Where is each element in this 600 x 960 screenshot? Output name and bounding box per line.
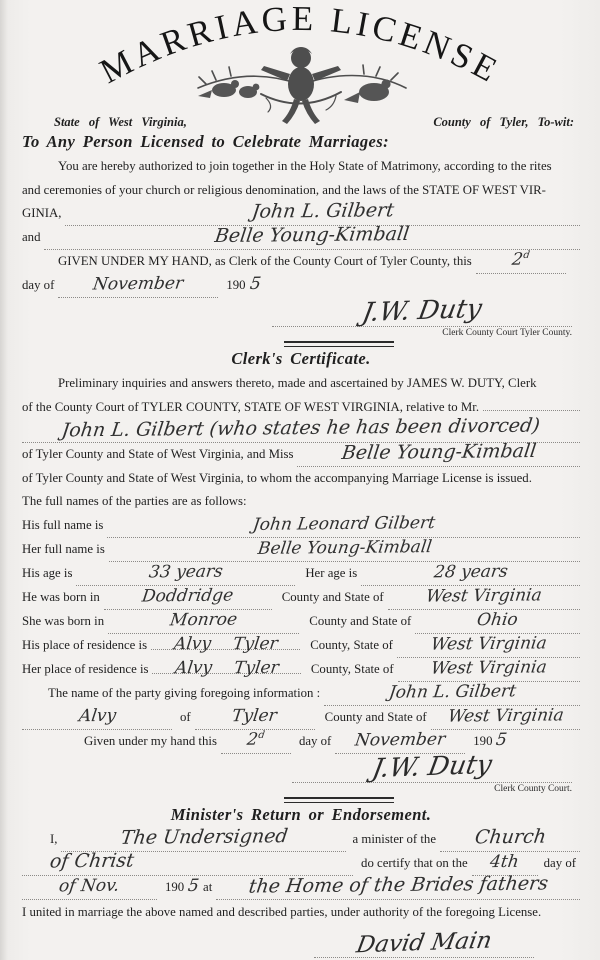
her-res-county-handwriting: Tyler — [233, 660, 280, 676]
bride-name-row: and Belle Young-Kimball — [22, 226, 580, 250]
groom-name-handwriting: John L. Gilbert — [251, 202, 395, 221]
given-under-hand-row: GIVEN UNDER MY HAND, as Clerk of the Cou… — [22, 250, 580, 274]
her-name-line: Belle Young-Kimball — [109, 538, 580, 562]
clerk-para3: of Tyler County and State of West Virgin… — [22, 443, 297, 466]
clerk-signature-2: J.W. Duty — [370, 751, 494, 781]
minister-closing-statement: I united in marriage the above named and… — [22, 900, 580, 924]
cert-place-line: the Home of the Brides fathers — [216, 876, 580, 900]
clerk-signature-block-2: J.W. Duty Clerk County Court. — [292, 754, 572, 795]
cert-month-line: of Nov. — [22, 876, 157, 900]
church-line: Church — [440, 828, 580, 852]
her-res-label: Her place of residence is — [22, 658, 152, 681]
informant-county-line: Tyler — [195, 706, 315, 730]
clerk-month-line: November — [335, 730, 465, 754]
month-handwriting: November — [92, 277, 184, 293]
clerk-month-handwriting: November — [354, 732, 446, 748]
document-header: MARRIAGE LICENSE — [22, 6, 580, 130]
informant-label: The name of the party giving foregoing i… — [48, 682, 324, 705]
his-age-line: 33 years — [76, 562, 295, 586]
and-label: and — [22, 226, 44, 249]
bride-name-handwriting: Belle Young-Kimball — [214, 226, 410, 245]
double-rule-divider — [284, 797, 394, 803]
minister-row-3: of Nov. 190 5 at the Home of the Brides … — [22, 876, 580, 900]
she-born-county-line: Monroe — [108, 610, 299, 634]
clerk-given-label: Given under my hand this — [84, 730, 221, 753]
she-born-county-handwriting: Monroe — [169, 612, 238, 628]
license-body-line2: and ceremonies of your church or religio… — [22, 179, 580, 203]
her-res-state-handwriting: West Virginia — [430, 660, 548, 677]
bride-entry-handwriting: Belle Young-Kimball — [341, 442, 537, 461]
his-res-county-handwriting: Tyler — [232, 636, 279, 652]
groom-name-row: GINIA, John L. Gilbert — [22, 202, 580, 226]
license-salutation: To Any Person Licensed to Celebrate Marr… — [22, 132, 580, 152]
his-res-label: His place of residence is — [22, 634, 151, 657]
minister-signature-block: David Main — [314, 932, 534, 958]
clerk-signature-caption: Clerk County Court Tyler County. — [272, 327, 572, 339]
at-label: at — [199, 876, 216, 899]
clerk-para5: The full names of the parties are as fol… — [22, 490, 580, 514]
he-born-county-handwriting: Doddridge — [141, 588, 234, 604]
informant-place-line: Alvy — [22, 706, 172, 730]
res-mid-label: County, State of — [300, 634, 397, 657]
groom-entry-handwriting: John L. Gilbert (who states he has been … — [61, 417, 541, 439]
minister-row-2: of Christ do certify that on the 4th day… — [22, 852, 580, 876]
she-born-row: She was born in Monroe County and State … — [22, 610, 580, 634]
bride-entry-line: Belle Young-Kimball — [297, 443, 580, 467]
he-born-row: He was born in Doddridge County and Stat… — [22, 586, 580, 610]
clerk-day-handwriting: 2d — [246, 731, 265, 748]
he-born-label: He was born in — [22, 586, 104, 609]
his-name-line: John Leonard Gilbert — [107, 514, 580, 538]
undersigned-line: The Undersigned — [61, 828, 346, 852]
clerk-para4: of Tyler County and State of West Virgin… — [22, 467, 580, 491]
he-born-state-line: West Virginia — [388, 586, 580, 610]
informant-row: The name of the party giving foregoing i… — [22, 682, 580, 706]
county-label: County of Tyler, To-wit: — [433, 115, 574, 130]
i-label: I, — [50, 828, 61, 851]
clerk-given-row: Given under my hand this 2d day of Novem… — [22, 730, 580, 754]
she-born-state-handwriting: Ohio — [476, 612, 519, 628]
her-residence-row: Her place of residence is Alvy Tyler Cou… — [22, 658, 580, 682]
clerk-para1: Preliminary inquiries and answers theret… — [22, 372, 580, 396]
her-name-handwriting: Belle Young-Kimball — [257, 540, 433, 557]
year-handwriting: 5 — [249, 277, 262, 292]
informant-mid-label: County and State of — [315, 706, 431, 729]
her-res-state-line: West Virginia — [398, 658, 580, 682]
church-handwriting-2: of Christ — [49, 852, 135, 870]
his-res-state-line: West Virginia — [397, 634, 580, 658]
his-res-line: Alvy Tyler — [151, 637, 300, 650]
double-rule-divider — [284, 341, 394, 347]
her-res-town-handwriting: Alvy — [174, 660, 213, 676]
marriage-license-document: MARRIAGE LICENSE — [0, 0, 600, 960]
day-handwriting: 2d — [511, 251, 530, 268]
cert-day-handwriting: 4th — [489, 854, 520, 870]
date-row: day of November 190 5 — [22, 274, 580, 298]
his-age-label: His age is — [22, 562, 76, 585]
cherub-figure — [261, 47, 341, 124]
informant-place-handwriting: Alvy — [78, 708, 117, 724]
minister-signature: David Main — [355, 929, 494, 957]
informant-state-handwriting: West Virginia — [447, 708, 565, 725]
clerk-signature-block: J.W. Duty Clerk County Court Tyler Count… — [272, 298, 572, 339]
church-handwriting: Church — [473, 828, 546, 846]
groom-entry-line: John L. Gilbert (who states he has been … — [22, 419, 580, 443]
groom-entry-row: John L. Gilbert (who states he has been … — [22, 419, 580, 443]
clerk-year-handwriting: 5 — [495, 732, 508, 747]
her-age-label: Her age is — [295, 562, 361, 585]
informant-county-handwriting: Tyler — [231, 708, 278, 724]
certify-label: do certify that on the — [353, 852, 472, 875]
jurisdiction-line: State of West Virginia, County of Tyler,… — [22, 115, 580, 130]
undersigned-handwriting: The Undersigned — [119, 828, 288, 847]
he-born-state-handwriting: West Virginia — [425, 588, 543, 605]
state-label: State of West Virginia, — [54, 115, 187, 130]
informant-place-row: Alvy of Tyler County and State of West V… — [22, 706, 580, 730]
cert-place-handwriting: the Home of the Brides fathers — [247, 875, 548, 895]
she-born-label: She was born in — [22, 610, 108, 633]
his-res-town-handwriting: Alvy — [173, 636, 212, 652]
clerk-certificate-heading: Clerk's Certificate. — [22, 349, 580, 369]
his-name-label: His full name is — [22, 514, 107, 537]
informant-name-line: John L. Gilbert — [324, 682, 580, 706]
his-res-state-handwriting: West Virginia — [430, 636, 548, 653]
clerk-signature: J.W. Duty — [360, 296, 484, 326]
res-mid-label: County, State of — [301, 658, 398, 681]
clerk-day-of-label: day of — [291, 730, 335, 753]
born-mid-label: County and State of — [272, 586, 388, 609]
her-age-line: 28 years — [361, 562, 580, 586]
month-line: November — [58, 274, 218, 298]
his-full-name-row: His full name is John Leonard Gilbert — [22, 514, 580, 538]
clerk-signature-caption-2: Clerk County Court. — [292, 783, 572, 795]
ages-row: His age is 33 years Her age is 28 years — [22, 562, 580, 586]
day-of-label: day of — [22, 274, 58, 297]
informant-name-handwriting: John L. Gilbert — [388, 684, 517, 701]
she-born-state-line: Ohio — [415, 610, 580, 634]
his-residence-row: His place of residence is Alvy Tyler Cou… — [22, 634, 580, 658]
year-printed: 190 — [218, 274, 249, 297]
her-full-name-row: Her full name is Belle Young-Kimball — [22, 538, 580, 562]
clerk-day-line: 2d — [221, 730, 291, 754]
mr-line — [483, 410, 580, 411]
minister-row-1: I, The Undersigned a minister of the Chu… — [22, 828, 580, 852]
bride-name-line: Belle Young-Kimball — [44, 226, 580, 250]
he-born-county-line: Doddridge — [104, 586, 272, 610]
ginia-label: GINIA, — [22, 202, 65, 225]
minister-of-label: a minister of the — [346, 828, 440, 851]
groom-name-line: John L. Gilbert — [65, 202, 580, 226]
cert-month-handwriting: of Nov. — [58, 878, 120, 894]
minister-year-printed: 190 — [157, 876, 188, 899]
informant-state-line: West Virginia — [431, 706, 580, 730]
day-line: 2d — [476, 250, 566, 274]
his-name-handwriting: John Leonard Gilbert — [252, 516, 436, 533]
minister-year-handwriting: 5 — [187, 878, 200, 893]
license-body-line1: You are hereby authorized to join togeth… — [22, 155, 580, 179]
church-line-2: of Christ — [22, 852, 353, 876]
her-res-line: Alvy Tyler — [152, 661, 300, 674]
given-text: GIVEN UNDER MY HAND, as Clerk of the Cou… — [58, 250, 476, 273]
of-label: of — [172, 706, 195, 729]
her-name-label: Her full name is — [22, 538, 109, 561]
bride-entry-row: of Tyler County and State of West Virgin… — [22, 443, 580, 467]
his-age-handwriting: 33 years — [148, 564, 224, 580]
minister-day-of-label: day of — [538, 852, 580, 875]
her-age-handwriting: 28 years — [433, 564, 509, 580]
minister-return-heading: Minister's Return or Endorsement. — [22, 805, 580, 825]
born-mid-label: County and State of — [299, 610, 415, 633]
